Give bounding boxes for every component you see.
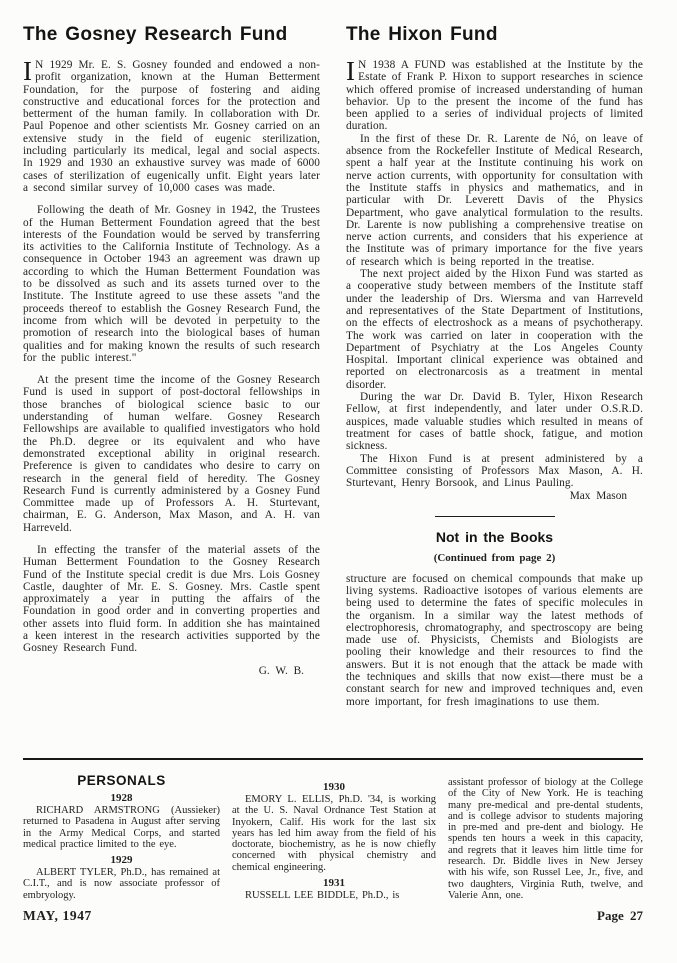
personals-entry-tyler: ALBERT TYLER, Ph.D., has remained at C.I…: [23, 867, 220, 901]
drop-cap-initial: I: [23, 59, 35, 82]
gosney-article: The Gosney Research Fund IN 1929 Mr. E. …: [23, 24, 320, 677]
gosney-paragraph-1-text: N 1929 Mr. E. S. Gosney founded and endo…: [23, 59, 320, 194]
page-footer: MAY, 1947 Page 27: [23, 908, 643, 924]
personals-year-1929: 1929: [23, 854, 220, 866]
personals-year-1930: 1930: [232, 781, 436, 793]
gosney-paragraph-2: Following the death of Mr. Gosney in 194…: [23, 204, 320, 364]
not-in-the-books-body: structure are focused on chemical compou…: [346, 573, 643, 708]
personals-divider-rule: [23, 758, 643, 760]
hixon-article-heading: The Hixon Fund: [346, 24, 643, 46]
personals-title: PERSONALS: [23, 773, 220, 788]
page-number: Page 27: [597, 908, 643, 924]
hixon-paragraph-3: The next project aided by the Hixon Fund…: [346, 268, 643, 391]
gosney-article-heading: The Gosney Research Fund: [23, 24, 320, 46]
personals-column-1: PERSONALS 1928 RICHARD ARMSTRONG (Aussie…: [23, 764, 220, 901]
personals-column-3: assistant professor of biology at the Co…: [448, 764, 643, 901]
hixon-paragraph-5: The Hixon Fund is at present administere…: [346, 453, 643, 490]
gosney-signature: G. W. B.: [23, 665, 320, 677]
personals-entry-ellis: EMORY L. ELLIS, Ph.D. '34, is working at…: [232, 794, 436, 873]
hixon-paragraph-1: IN 1938 A FUND was established at the In…: [346, 59, 643, 133]
issue-date: MAY, 1947: [23, 908, 92, 924]
article-columns: The Gosney Research Fund IN 1929 Mr. E. …: [23, 24, 643, 751]
gosney-paragraph-1: IN 1929 Mr. E. S. Gosney founded and end…: [23, 59, 320, 194]
personals-entry-biddle-start: RUSSELL LEE BIDDLE, Ph.D., is: [232, 890, 436, 901]
hixon-signature: Max Mason: [346, 490, 643, 502]
drop-cap-initial: I: [346, 59, 358, 82]
section-separator-rule: [435, 516, 555, 517]
gosney-paragraph-3: At the present time the income of the Go…: [23, 374, 320, 534]
not-in-the-books-title: Not in the Books: [346, 529, 643, 545]
personals-entry-armstrong: RICHARD ARMSTRONG (Aussieker) returned t…: [23, 805, 220, 850]
personals-entry-biddle-continuation: assistant professor of biology at the Co…: [448, 777, 643, 901]
not-in-the-books-section: Not in the Books (Continued from page 2)…: [346, 529, 643, 708]
hixon-paragraph-4: During the war Dr. David B. Tyler, Hixon…: [346, 391, 643, 452]
hixon-paragraph-1-text: N 1938 A FUND was established at the Ins…: [346, 59, 643, 132]
not-in-the-books-continued-note: (Continued from page 2): [346, 552, 643, 564]
hixon-paragraph-2: In the first of these Dr. R. Larente de …: [346, 133, 643, 268]
gosney-paragraph-4: In effecting the transfer of the materia…: [23, 544, 320, 655]
personals-year-1931: 1931: [232, 877, 436, 889]
hixon-article: The Hixon Fund IN 1938 A FUND was establ…: [346, 24, 643, 708]
personals-section: PERSONALS 1928 RICHARD ARMSTRONG (Aussie…: [23, 764, 643, 901]
magazine-page: The Gosney Research Fund IN 1929 Mr. E. …: [0, 0, 677, 963]
personals-year-1928: 1928: [23, 792, 220, 804]
personals-column-2: 1930 EMORY L. ELLIS, Ph.D. '34, is worki…: [232, 764, 436, 901]
